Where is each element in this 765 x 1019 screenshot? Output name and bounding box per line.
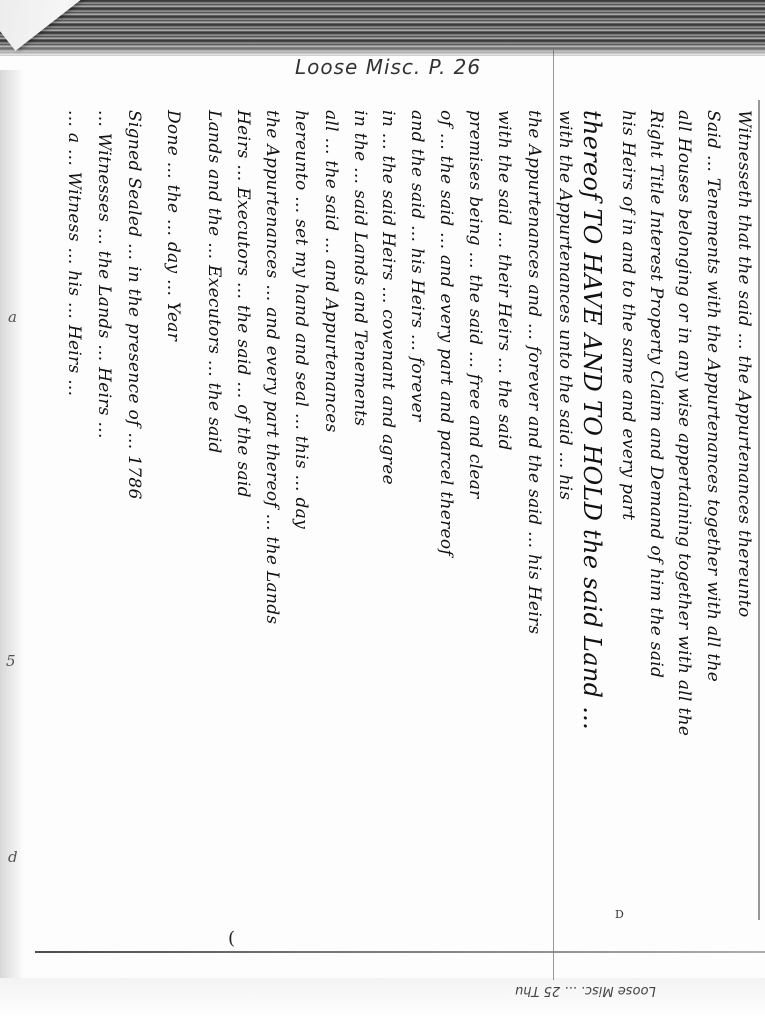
- text-line: Witnesseth that the said ... the Appurte…: [728, 110, 758, 940]
- text-line: Signed Sealed ... in the presence of ...…: [118, 110, 148, 940]
- text-line: in the ... said Lands and Tenements: [344, 110, 374, 940]
- text-line: ... a ... Witness ... his ... Heirs ...: [58, 110, 88, 940]
- margin-mark: 5: [6, 652, 16, 670]
- text-line: Done ... the ... day ... Year: [157, 110, 187, 940]
- text-line: his Heirs of in and to the same and ever…: [612, 110, 642, 940]
- page-left-edge: [0, 70, 22, 1019]
- text-line: Heirs ... Executors ... the said ... of …: [227, 110, 257, 940]
- text-line: and the said ... his Heirs ... forever: [401, 110, 431, 940]
- text-line: with the said ... their Heirs ... the sa…: [488, 110, 518, 940]
- bottom-archive-note: Loose Misc. ... 25 Thu: [515, 983, 656, 998]
- bottom-rule-line: [35, 951, 765, 953]
- text-line: Right Title Interest Property Claim and …: [640, 110, 670, 940]
- text-line: the Appurtenances ... and every part the…: [256, 110, 286, 940]
- text-line: Said ... Tenements with the Appurtenance…: [697, 110, 727, 940]
- right-margin-line: [758, 100, 760, 920]
- text-line: hereunto ... set my hand and seal ... th…: [285, 110, 315, 940]
- text-line: of ... the said ... and every part and p…: [430, 110, 460, 940]
- text-line: Lands and the ... Executors ... the said: [198, 110, 228, 940]
- text-line: in ... the said Heirs ... covenant and a…: [372, 110, 402, 940]
- text-line: the Appurtenances and ... forever and th…: [518, 110, 548, 940]
- text-line: ... Witnesses ... the Lands ... Heirs ..…: [88, 110, 118, 940]
- bracket-mark: (: [228, 928, 235, 949]
- text-line: all Houses belonging or in any wise appe…: [668, 110, 698, 940]
- text-line: with the Appurtenances unto the said ...…: [549, 110, 579, 940]
- text-line-emphasized: thereof TO HAVE AND TO HOLD the said Lan…: [580, 110, 610, 940]
- margin-mark: d: [8, 848, 18, 866]
- corner-mark: D: [615, 908, 624, 921]
- reference-note: Loose Misc. P. 26: [295, 55, 481, 79]
- text-line: all ... the said ... and Appurtenances: [315, 110, 345, 940]
- text-line: premises being ... the said ... free and…: [459, 110, 489, 940]
- margin-mark: a: [8, 308, 17, 326]
